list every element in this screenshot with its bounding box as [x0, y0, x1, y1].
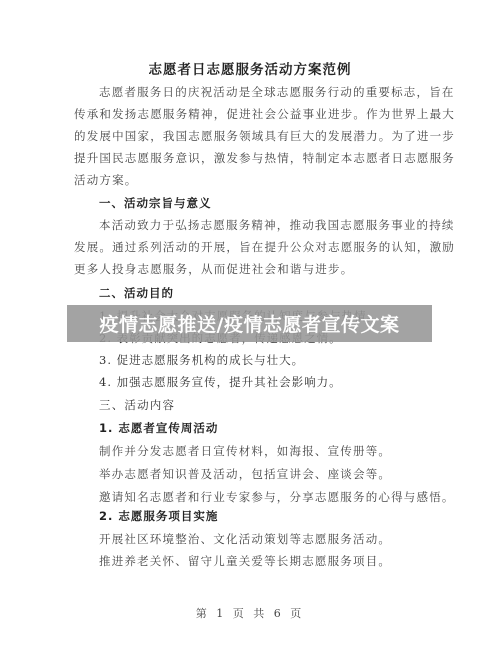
intro-line: 志愿者服务日的庆祝活动是全球志愿服务行动的重要标志，旨在 — [99, 84, 455, 100]
title-banner: 疫情志愿推送/疫情志愿者宣传文案 — [67, 305, 432, 342]
section1-line: 发展。通过系列活动的开展，旨在提升公众对志愿服务的认知，激励 — [74, 239, 455, 255]
section-heading: 三、活动内容 — [99, 397, 175, 413]
content-line: 推进养老关怀、留守儿童关爱等长期志愿服务项目。 — [99, 553, 391, 569]
section1-line: 本活动致力于弘扬志愿服务精神，推动我国志愿服务事业的持续 — [99, 217, 455, 233]
banner-text: 疫情志愿推送/疫情志愿者宣传文案 — [100, 310, 400, 337]
intro-line: 传承和发扬志愿服务精神，促进社会公益事业进步。作为世界上最大 — [74, 106, 455, 122]
subsection-heading: 2. 志愿服务项目实施 — [99, 508, 218, 524]
document-title: 志愿者日志愿服务活动方案范例 — [0, 58, 500, 78]
subsection-heading: 1. 志愿者宣传周活动 — [99, 420, 218, 436]
content-line: 举办志愿者知识普及活动，包括宣讲会、座谈会等。 — [99, 466, 391, 482]
intro-line: 提升国民志愿服务意识，激发参与热情，特制定本志愿者日志愿服务 — [74, 150, 455, 166]
page-number: 第 1 页 共 6 页 — [0, 605, 500, 621]
intro-line: 的发展中国家，我国志愿服务领域具有巨大的发展潜力。为了进一步 — [74, 128, 455, 144]
section-heading: 一、活动宗旨与意义 — [99, 195, 212, 211]
intro-line: 活动方案。 — [74, 172, 138, 188]
list-item: 3. 促进志愿服务机构的成长与壮大。 — [99, 352, 304, 368]
content-line: 开展社区环境整治、文化活动策划等志愿服务活动。 — [99, 531, 391, 547]
list-item: 4. 加强志愿服务宣传，提升其社会影响力。 — [99, 374, 342, 390]
content-line: 邀请知名志愿者和行业专家参与，分享志愿服务的心得与感悟。 — [99, 489, 455, 505]
content-line: 制作并分发志愿者日宣传材料，如海报、宣传册等。 — [99, 443, 391, 459]
section-heading: 二、活动目的 — [99, 285, 174, 301]
section1-line: 更多人投身志愿服务，从而促进社会和谐与进步。 — [74, 261, 353, 277]
